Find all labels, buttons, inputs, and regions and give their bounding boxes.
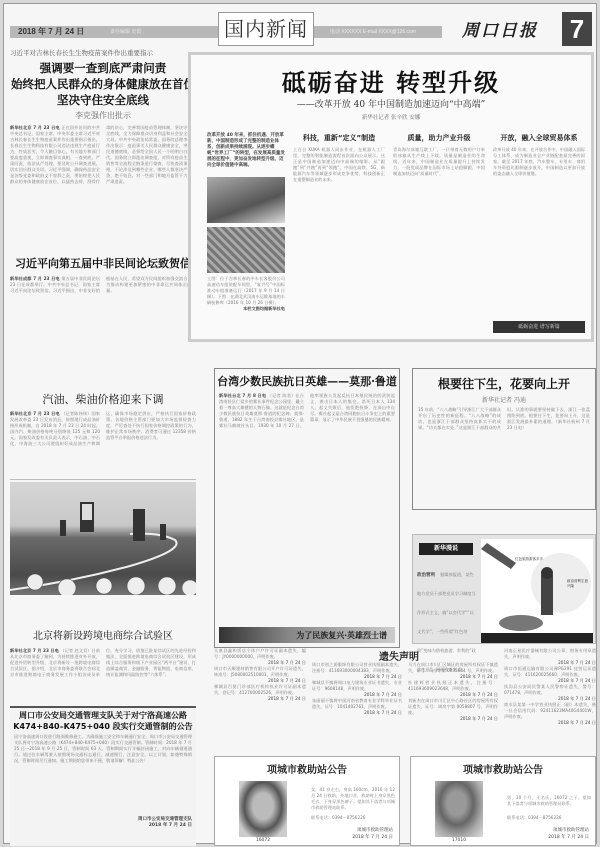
column-body: 改革开放 40 年来，在开放合作中，中国融入国际分工体系，成为制造业全产业链配套… (493, 147, 585, 317)
notice-date: 2018 年 7 月 24 日 (214, 696, 306, 702)
column-heading: 开放，融入全球贸易体系 (493, 133, 585, 143)
photo-soccer-camp[interactable]: 多彩夏令营 童趣添暑期 7 月 22 日，在山东省滨州市博兴县，参加足球夏令营的… (10, 482, 196, 606)
contact-info: 电话 XXXXXX E-mail XXXX@126.com (330, 26, 416, 38)
rescue-date: 2018 年 7 月 24 日 (352, 834, 393, 840)
article-body: 新华社成都 7 月 23 日电 第五届中非民间论坛 23 日在成都举行。中共中央… (10, 276, 196, 360)
article-body: 15 年前，“八八战略”引导浙江广大干部群众开启了历史性的新征程。“八八战略”的… (413, 407, 595, 511)
rescue-notice-1[interactable]: 项城市救助站公告 16072 女，41 岁左右，身高 160cm。2016 年 … (214, 756, 400, 846)
article-headline: 台湾少数民族抗日英雄——莫那·鲁道 (215, 373, 399, 389)
notice-item: 刘新杰在周口市川汇区中心路社区的房屋所有权证遗失，证号：周房字第 0058807… (408, 698, 498, 716)
article-fuel-price[interactable]: 汽油、柴油价格迎来下调 新华社北京 7 月 23 日电 （记者陈炜伟）国家发展改… (10, 392, 196, 480)
page-number: 7 (562, 12, 592, 46)
headline-line-3: 坚决守住安全底线 (10, 92, 196, 108)
article-kicker: 习近平对吉林长春长生生物疫苗案件作出重要指示 (10, 48, 196, 57)
notice-item: 周口市天顺建材销售有限公司开户许可证遗失，核准号：J5080002510001，… (214, 666, 306, 678)
body-text: （记者陈炜伟）国家发展改革委 23 日发布消息，按照现行成品油价格形成机制，自 … (10, 411, 196, 446)
notice-item: 河南正星医疗器械有限公司公章、财务专用章遗失，声明作废。 (504, 648, 596, 660)
cartoon-section[interactable]: 新华漫说 政治营利 据媒体报道，某些地方党员干部把党员学习制度当作形式主义，搞“… (412, 534, 596, 644)
dateline: 新华社成都 7 月 23 日电 (10, 276, 60, 281)
notices-column-2: 周口市创之源服饰有限公司营业执照副本遗失，注册号：411693000004383… (312, 662, 402, 752)
notice-body: 因宁洛高速周口段进行路面维修施工，为确保施工安全和车辆通行安全，周口市公安局交通… (10, 732, 196, 816)
notices-column-1: 太康县鑫和饭店个体户户许可证副本遗失，编号：JY0000000000，声明作废。… (214, 648, 306, 752)
notice-item: 太康县鑫和饭店个体户户许可证副本遗失，编号：JY0000000000，声明作废。 (214, 648, 306, 660)
cartoon-label: 新华漫说 (419, 543, 473, 555)
headline-line-1: 强调要一查到底严肃问责 (10, 60, 196, 76)
rescue-notice-2[interactable]: 项城市救助站公告 17010 男，10 个月，无名氏，16072 之子。望知其下… (410, 756, 596, 846)
notices-column-4: 河南正星医疗器械有限公司公章、财务专用章遗失，声明作废。 2018 年 7 月 … (504, 648, 596, 752)
article-body: 新华社北京 7 月 23 日电 正在国外访问的中共中央总书记、国家主席、中央军委… (10, 125, 196, 245)
notice-item: 郸城县百贤门诊部医疗机构执业许可证副本遗失，登记号：412700002526，声… (214, 684, 306, 696)
notice-date: 2018 年 7 月 24 日 (504, 720, 596, 726)
article-headline: 汽油、柴油价格迎来下调 (10, 392, 196, 408)
editor-credit: 责任编辑 史霞 (110, 26, 141, 38)
column-heading: 科技，重新“定义”制造 (293, 133, 385, 143)
article-ecommerce[interactable]: 北京将新设跨境电商综合试验区 新华社北京 7 月 23 日电 （记者 赵文君）日… (10, 629, 196, 697)
newspaper-page: 2018 年 7 月 24 日 责任编辑 史霞 国内新闻 电话 XXXXXX E… (3, 3, 597, 844)
photo-depot (207, 227, 285, 273)
masthead: 2018 年 7 月 24 日 责任编辑 史霞 国内新闻 电话 XXXXXX E… (10, 12, 592, 46)
headline-line-2: 始终把人民群众的身体健康放在首位 (10, 76, 196, 92)
photo-caption: 上图：位于吉林长春的中车长客股份公司高速动车组装配车间里，“复兴号”中国标准动车… (207, 276, 285, 306)
rescue-title: 项城市救助站公告 (411, 761, 595, 776)
newspaper-logo: 周口日报 (442, 18, 558, 44)
notice-headline-1: 周口市公安局交通管理支队关于对宁洛高速公路 (10, 710, 196, 721)
hero-banner: 为了民族复兴·英雄烈士谱 (219, 627, 395, 643)
article-subhead: 李克强作出批示 (10, 110, 196, 121)
rescue-photo (435, 781, 483, 837)
rescue-title: 项城市救助站公告 (215, 761, 399, 776)
body-text: 正在国外访问的中共中央总书记、国家主席、中央军委主席习近平对吉林长春长生生物疫苗… (10, 125, 196, 184)
notice-headline-2: K474+840–K475+040 段实行交通管制的公告 (10, 721, 196, 732)
rescue-body: 男，10 个月，无名氏，16072 之子。望知其下落者与项城市救助管理站联系。 (507, 795, 591, 813)
article-forum[interactable]: 习近平向第五届中非民间论坛致贺信 新华社成都 7 月 23 日电 第五届中非民间… (10, 256, 196, 368)
notice-traffic-control[interactable]: 周口市公安局交通管理支队关于对宁洛高速公路 K474+840–K475+040 … (10, 706, 196, 846)
notice-item: 周口市创之源服饰有限公司营业执照副本遗失，注册号：411693000004383… (312, 662, 402, 674)
column-heading: 质量，助力产业升级 (393, 133, 485, 143)
notice-item: 杜建辉营业执照正本遗失，注册号：411693609023648，声明作废。 (408, 680, 498, 692)
rescue-photo (239, 781, 287, 837)
rescue-org: 项城市救助管理站 (357, 827, 393, 833)
rescue-date: 2018 年 7 月 24 日 (548, 834, 589, 840)
article-body: 新华社北京 7 月 23 日电 （记者 赵文君）日前从北京市商务委了解到，为持续… (10, 648, 196, 696)
feature-manufacturing[interactable]: 砥砺奋进 转型升级 ——改革开放 40 年中国制造加速迈向“中高端” 新华社记者… (188, 52, 594, 342)
notice-item: 商水县某第一中学营业执照正（副）本遗失，统一社会信用代码：92411623MA4… (504, 702, 596, 720)
lost-notices[interactable]: 遗失声明 太康县鑫和饭店个体户户许可证副本遗失，编号：JY0000000000，… (214, 648, 596, 752)
article-root-flower[interactable]: 根要往下生，花要向上开 新华社记者 冯迪 15 年前，“八八战略”引导浙江广大干… (412, 368, 596, 510)
issue-date: 2018 年 7 月 24 日 (18, 26, 84, 38)
notices-column-3: 马力在周口市川汇区城区的房屋所有权证不慎遗失，证号：周房字第 0035644 号… (408, 662, 498, 752)
feature-lead-column: 改革开放 40 年来，抓住机遇、开放革新、中国制造形成了完整的制造业体系，创新成… (207, 133, 285, 312)
feature-subtitle: ——改革开放 40 年中国制造加速迈向“中高端” (191, 97, 591, 110)
article-headline: 北京将新设跨境电商综合试验区 (10, 629, 196, 645)
column-body: 上百台 KUKA 机器人同步作业，在机器人工厂里，完整的智能制造流程首次面向公众… (293, 147, 385, 337)
feature-byline: 新华社记者 张辛欣 安娜 (191, 113, 591, 121)
cartoon-image: 红色旅游游客多多 政治营利生意兴隆 (481, 539, 593, 643)
article-body: 新华社台北 7 月 8 日电 （记者 陈君）在台湾南投县仁爱乡的雾社事件纪念公园… (215, 393, 399, 625)
article-headline: 根要往下生，花要向上开 (413, 375, 595, 392)
article-body: 新华社北京 7 月 23 日电 （记者陈炜伟）国家发展改革委 23 日发布消息，… (10, 411, 196, 473)
notice-item: 朱丽丽不慎将中国河南省教育专业学科毕业证书遗失，证号：1041402761，声明… (312, 698, 402, 710)
notices-title: 遗失声明 (344, 648, 454, 663)
section-title: 国内新闻 (218, 12, 314, 46)
cartoon-title: 政治营利 (417, 573, 435, 578)
feature-column-2: 质量，助力产业升级 青岛海尔冰箱互联工厂，一只带着无数用户订单的冰箱从生产线上下… (393, 133, 485, 337)
feature-banner: 砥砺奋进 谱写新篇 (493, 321, 585, 333)
article-taiwan-hero[interactable]: 台湾少数民族抗日英雄——莫那·鲁道 新华社台北 7 月 8 日电 （记者 陈君）… (214, 368, 400, 648)
soccer-photo-illustration (10, 482, 196, 606)
feature-column-3: 开放，融入全球贸易体系 改革开放 40 年来，在开放合作中，中国融入国际分工体系… (493, 133, 585, 333)
body-text: （记者 陈君）在台湾南投县仁爱乡的雾社事件纪念公园里，矗立着一尊高大雄健的人物石… (219, 393, 395, 428)
photo-credit: 本栏文图均据新华社电 (207, 306, 285, 312)
rescue-body: 女，41 岁左右，身高 160cm。2016 年 12 月 24 日救助，外地口… (311, 787, 395, 813)
dateline: 新华社北京 7 月 23 日电 (10, 411, 60, 416)
speech-bubble-2: 政治营利生意兴隆 (567, 579, 591, 589)
notice-date: 2018 年 7 月 24 日 (312, 710, 402, 716)
notice-date: 2018 年 7 月 24 日 (408, 716, 498, 722)
notice-item: 马力在周口市川汇区城区的房屋所有权证不慎遗失，证号：周房字第 0035644 号… (408, 662, 498, 674)
article-vaccine[interactable]: 习近平对吉林长春长生生物疫苗案件作出重要指示 强调要一查到底严肃问责 始终把人民… (10, 48, 196, 244)
rescue-phone: 联系电话：0394－8756226 (507, 815, 591, 821)
article-headline: 习近平向第五届中非民间论坛致贺信 (10, 256, 196, 272)
feature-lead: 改革开放 40 年来，抓住机遇、开放革新、中国制造形成了完整的制造业体系，创新成… (207, 133, 285, 169)
rescue-phone: 联系电话：0394－8756226 (311, 815, 395, 821)
feature-column-1: 科技，重新“定义”制造 上百台 KUKA 机器人同步作业，在机器人工厂里，完整的… (293, 133, 385, 337)
notice-item: 周口市恒通运输有限公司豫PG291 挂营运证遗失，证号：411620025660… (504, 666, 596, 678)
speech-bubble-1: 红色旅游游客多多 (515, 557, 543, 562)
dateline: 新华社北京 7 月 23 日电 (10, 648, 59, 653)
notice-item: 郸城县不慎将周口电力建筑专业证书遗失，专业证号：9608148，声明作废。 (312, 680, 402, 692)
photo-train (207, 177, 285, 223)
feature-title: 砥砺奋进 转型升级 (191, 63, 591, 98)
column-body: 青岛海尔冰箱互联工厂，一只带着无数用户订单的冰箱从生产线上下线。质量是制造业的生… (393, 147, 485, 337)
dateline: 新华社北京 7 月 23 日电 (10, 125, 60, 130)
rescue-photo-id: 17010 (435, 838, 483, 843)
article-byline: 新华社记者 冯迪 (413, 395, 595, 404)
rescue-photo-id: 16072 (239, 838, 287, 843)
rescue-org: 项城市救助管理站 (553, 827, 589, 833)
notice-item: 扶沟县公安局民警某人民警察证遗失，警号：071478，声明作废。 (504, 684, 596, 696)
dateline: 新华社台北 7 月 8 日电 (219, 393, 266, 398)
notice-date: 2018 年 7 月 24 日 (10, 822, 196, 828)
